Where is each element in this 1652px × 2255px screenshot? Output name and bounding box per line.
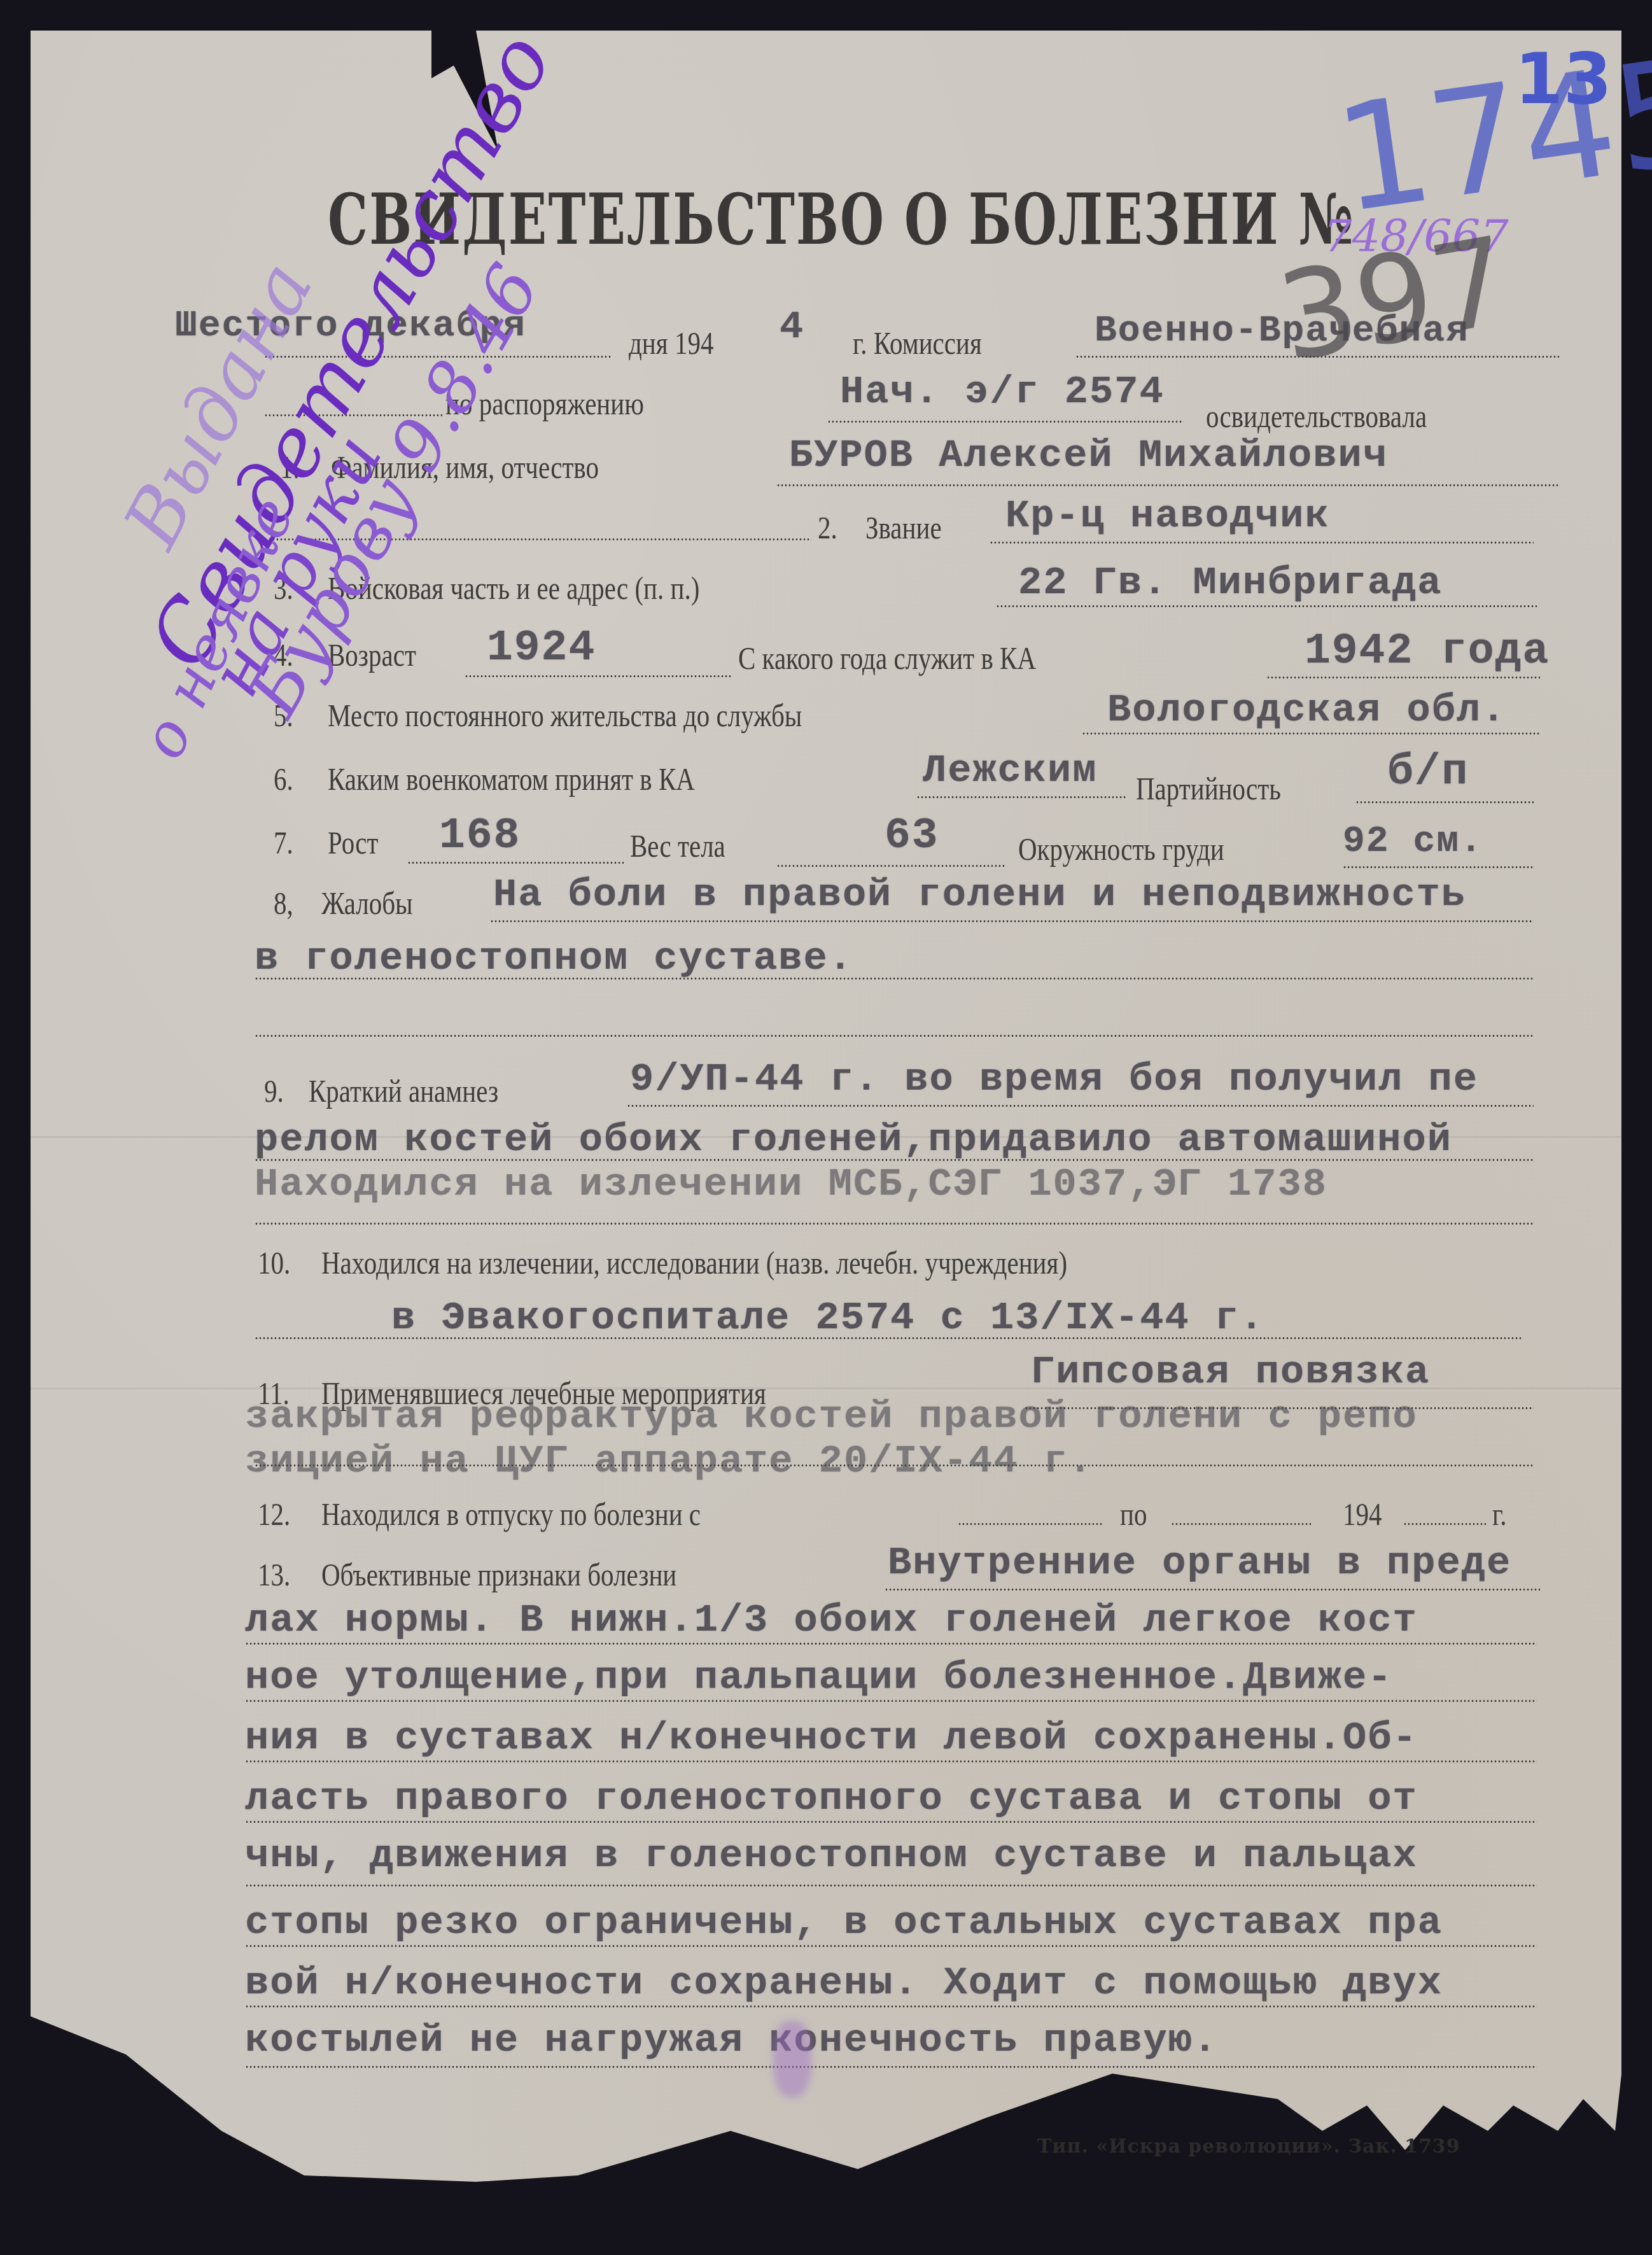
dotted-line (465, 675, 732, 678)
dotted-line (245, 1699, 1537, 1703)
field-13-number: 13. (258, 1556, 290, 1593)
field-7-label2: Вес тела (630, 827, 725, 864)
printer-imprint: Тип. «Искра революции». Зак. 1739 (1037, 2135, 1460, 2158)
dotted-line (245, 1820, 1537, 1823)
field-13-line-4: ния в суставах н/конечности левой сохран… (245, 1715, 1418, 1760)
field-13-line-1: Внутренние органы в преде (888, 1540, 1511, 1585)
field-10-label: Находился на излечении, исследовании (на… (321, 1244, 1067, 1281)
field-12-label-to: по (1120, 1496, 1147, 1533)
field-8-line-1: На боли в правой голени и неподвижность (493, 872, 1466, 917)
dotted-line (245, 2005, 1537, 2008)
field-13-label: Объективные признаки болезни (321, 1556, 676, 1593)
field-8-line-2: в голеностопном суставе. (255, 936, 853, 981)
field-11-line-1: Гипсовая повязка (1031, 1349, 1430, 1394)
field-7-height: 168 (439, 811, 521, 861)
field-1-value: БУРОВ Алексей Михайлович (789, 433, 1388, 478)
field-6-value2: б/п (1387, 748, 1469, 797)
dotted-line (885, 1588, 1540, 1591)
field-13-line-2: лах нормы. В нижн.1/3 обоих голеней легк… (245, 1598, 1418, 1643)
field-13-line-7: стопы резко ограничены, в остальных суст… (245, 1900, 1443, 1945)
field-9-line-3: Находился на излечении МСБ,СЭГ 1037,ЭГ 1… (255, 1162, 1327, 1207)
field-9-line-1: 9/УП-44 г. во время боя получил пе (630, 1057, 1478, 1102)
dotted-line (245, 1944, 1537, 1948)
dotted-line (245, 1884, 1537, 1887)
label-commission: г. Комиссия (853, 325, 982, 362)
corner-blue-superscript: 13 (1515, 38, 1612, 120)
field-13-line-5: ласть правого голеностопного сустава и с… (245, 1776, 1418, 1821)
field-2-value: Кр-ц наводчик (1005, 493, 1330, 538)
dotted-line (255, 1034, 1534, 1037)
field-8-number: 8, (274, 885, 293, 922)
dotted-line (255, 1222, 1534, 1225)
field-11-line-2: закрытая рефрактура костей правой голени… (245, 1394, 1418, 1439)
field-4-value: 1924 (487, 624, 596, 673)
dotted-line (996, 605, 1537, 608)
dotted-line (255, 1337, 1521, 1340)
field-3-value: 22 Гв. Минбригада (1018, 560, 1443, 605)
dotted-line (1403, 1522, 1486, 1526)
field-7-chest: 92 см. (1343, 821, 1483, 862)
dotted-line (776, 484, 1559, 487)
field-13-line-6: чны, движения в голеностопном суставе и … (245, 1833, 1418, 1878)
dotted-line (990, 541, 1534, 544)
dotted-line (1082, 732, 1540, 735)
field-6-label2: Партийность (1136, 770, 1281, 807)
ink-stain (773, 2021, 811, 2097)
dotted-line (1266, 676, 1540, 679)
typed-commission: Военно-Врачебная (1095, 311, 1469, 352)
field-13-line-3: ное утолщение,при пальпации болезненное.… (245, 1655, 1392, 1700)
field-4-value2: 1942 года (1305, 627, 1550, 676)
field-12-number: 12. (258, 1496, 290, 1533)
field-6-label: Каким военкоматом принят в КА (328, 761, 695, 797)
field-2-number: 2. (818, 509, 837, 546)
field-12-label-end: г. (1492, 1496, 1506, 1533)
label-day: дня 194 (629, 325, 713, 362)
field-12-label: Находился в отпуску по болезни с (321, 1496, 701, 1533)
field-13-line-9: костылей не нагружая конечность правую. (245, 2018, 1218, 2063)
dotted-line (1343, 866, 1534, 869)
typed-order: Нач. э/г 2574 (840, 369, 1165, 414)
label-examined: освидетельствовала (1206, 398, 1427, 435)
field-12-label-year: 194 (1343, 1496, 1382, 1533)
field-7-label: Рост (328, 824, 378, 861)
dotted-line (1075, 355, 1559, 358)
dotted-line (255, 1464, 1534, 1467)
dotted-line (245, 1760, 1537, 1763)
dotted-line (255, 977, 1534, 980)
field-4-label2: С какого года служит в КА (738, 640, 1036, 677)
field-6-value: Лежским (923, 748, 1097, 793)
field-7-label3: Окружность груди (1018, 831, 1224, 868)
dotted-line (1171, 1522, 1311, 1526)
dotted-line (1355, 801, 1534, 804)
field-6-number: 6. (274, 761, 293, 797)
dotted-line (916, 796, 1126, 799)
field-10-number: 10. (258, 1244, 290, 1281)
dotted-line (245, 2065, 1537, 2069)
field-5-label: Место постоянного жительства до службы (328, 697, 802, 734)
field-2-label: Звание (865, 509, 942, 546)
field-7-weight: 63 (885, 811, 939, 861)
dotted-line (490, 920, 1534, 923)
field-8-label: Жалобы (321, 885, 413, 922)
dotted-line (958, 1522, 1104, 1526)
field-9-label: Краткий анамнез (309, 1072, 498, 1109)
dotted-line (827, 420, 1184, 423)
field-5-value: Вологодская обл. (1107, 687, 1506, 733)
field-10-line-1: в Эвакогоспитале 2574 с 13/IX-44 г. (391, 1295, 1264, 1340)
field-7-number: 7. (274, 824, 293, 861)
dotted-line (627, 1104, 1534, 1107)
dotted-line (407, 861, 624, 864)
field-11-line-3: зицией на ЦУГ аппарате 20/IX-44 г. (245, 1438, 1093, 1484)
field-9-line-2: релом костей обоих голеней,придавило авт… (255, 1117, 1452, 1162)
field-13-line-8: вой н/конечности сохранены. Ходит с помо… (245, 1960, 1443, 2006)
field-9-number: 9. (264, 1072, 284, 1109)
dotted-line (776, 864, 1005, 868)
typed-year-digit: 4 (780, 304, 804, 349)
dotted-line (245, 1642, 1537, 1645)
